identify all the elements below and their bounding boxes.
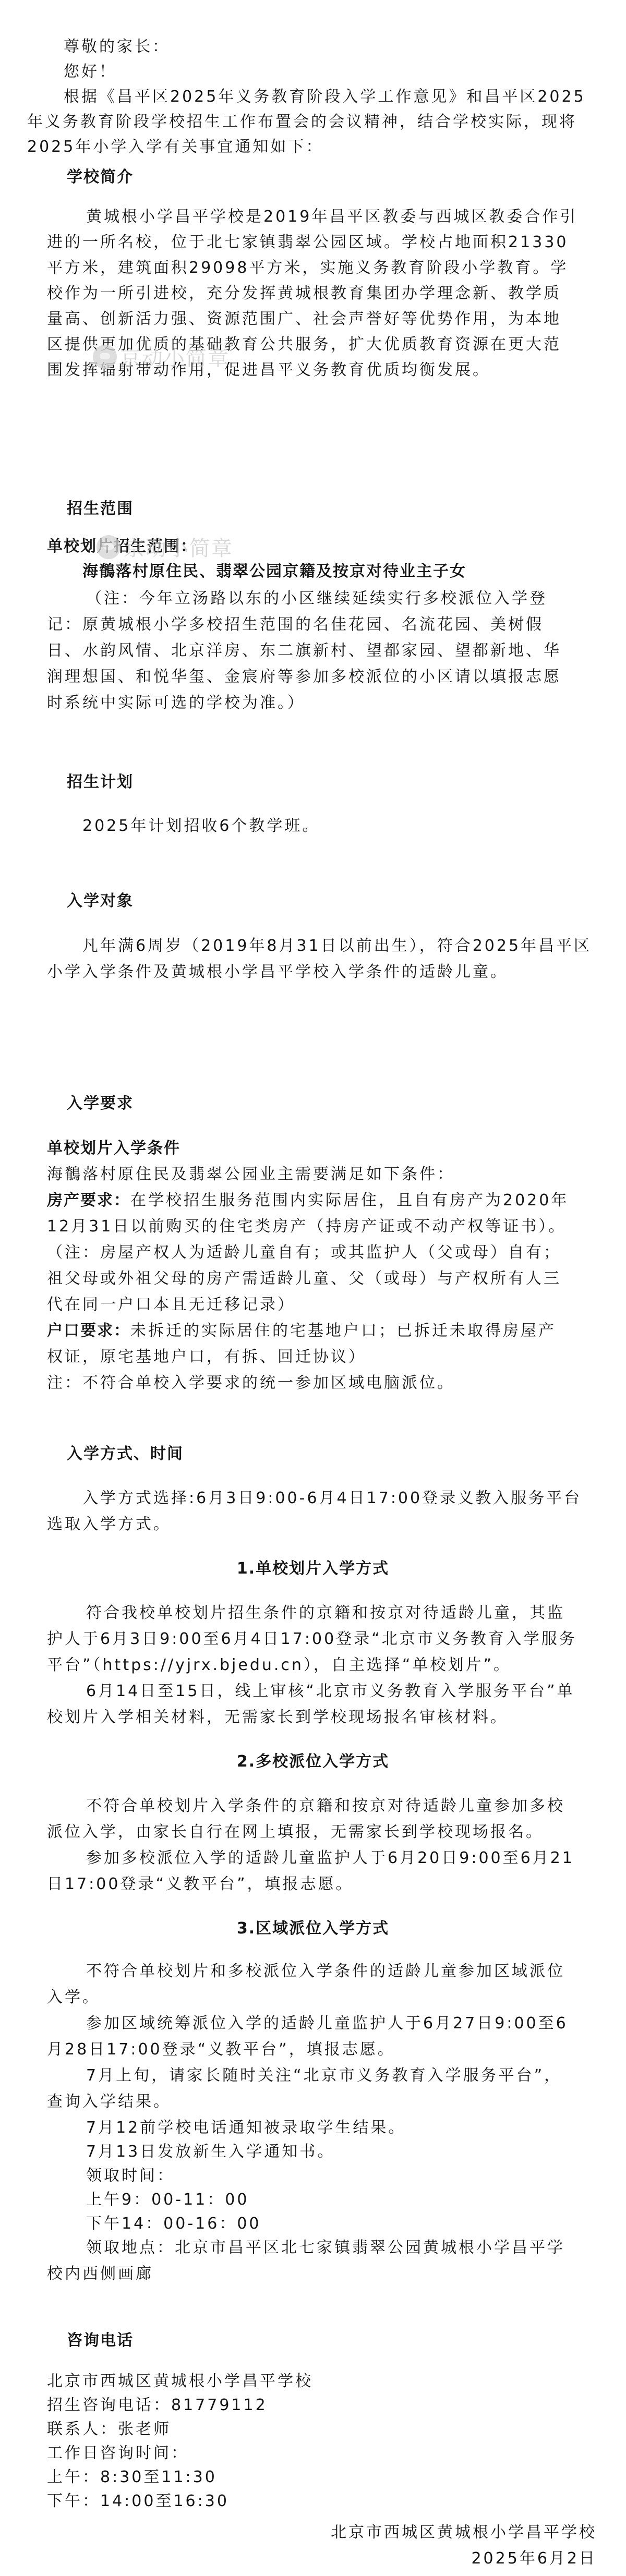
method3-line: 7月12前学校电话通知被录取学生结果。 <box>86 2119 406 2137</box>
method3-line: 月28日17:00登录“义教平台”，填报志愿。 <box>47 2040 395 2059</box>
method3-line: 查询入学结果。 <box>47 2093 171 2111</box>
scope-subheading: 单校划片招生范围： <box>47 537 197 556</box>
hukou-text: 未拆迁的实际居住的宅基地户口；已拆迁未取得房屋产 <box>130 1322 556 1340</box>
pickup-location: 校内西侧画廊 <box>47 2265 153 2283</box>
property-requirement-line: 祖父母或外祖父母的房产需适龄儿童、父（或母）与产权所有人三 <box>47 1269 561 1288</box>
section-heading-school-intro: 学校简介 <box>67 168 134 187</box>
hukou-requirement-line: 户口要求：未拆迁的实际居住的宅基地户口；已拆迁未取得房屋产 <box>47 1322 556 1340</box>
requirements-note: 注：不符合单校入学要求的统一参加区域电脑派位。 <box>47 1374 455 1393</box>
signature-date: 2025年6月2日 <box>471 2549 597 2568</box>
hello-line: 您好！ <box>64 63 117 81</box>
contact-hours-afternoon: 下午：14:00至16:30 <box>47 2492 229 2511</box>
intro-line: 年义务教育阶段学校招生工作布置会的会议精神，结合学校实际，现将 <box>27 113 577 131</box>
intro-line: 2025年小学入学有关事宜通知如下： <box>27 138 323 156</box>
method1-line: 6月14日至15日，线上审核“北京市义务教育入学服务平台”单 <box>86 1682 575 1701</box>
signature-organization: 北京市西城区黄城根小学昌平学校 <box>331 2523 597 2542</box>
section-heading-eligible-children: 入学对象 <box>67 892 134 911</box>
contact-line: 北京市西城区黄城根小学昌平学校 <box>47 2372 313 2391</box>
intro-line: 根据《昌平区2025年义务教育阶段入学工作意见》和昌平区2025 <box>64 88 586 106</box>
method2-line: 日17:00登录“义教平台”，填报志愿。 <box>47 1875 354 1894</box>
section-heading-enrollment-plan: 招生计划 <box>67 773 134 792</box>
school-intro-line: 校作为一所引进校，充分发挥黄城根教育集团办学理念新、教学质 <box>47 284 561 303</box>
eligible-line: 凡年满6周岁（2019年8月31日以前出生），符合2025年昌平区 <box>82 937 592 956</box>
hukou-requirement-line: 权证，原宅基地户口，有拆、回迁协议） <box>47 1348 366 1366</box>
scope-note-line: （注：今年立汤路以东的小区继续延续实行多校派位入学登 <box>86 589 547 608</box>
property-label: 房产要求： <box>47 1191 130 1210</box>
property-requirement-line: 12月31日以前购买的住宅类房产（持房产证或不动产权等证书）。 <box>47 1217 566 1236</box>
contact-hours-morning: 上午：8:30至11:30 <box>47 2468 217 2487</box>
method2-line: 不符合单校划片入学条件的京籍和按京对待适龄儿童参加多校 <box>86 1797 565 1816</box>
method1-url-line[interactable]: 平台”（https://yjrx.bjedu.cn），自主选择“单校划片”。 <box>47 1656 511 1675</box>
section-heading-enrollment-scope: 招生范围 <box>67 500 134 518</box>
contact-phone[interactable]: 招生咨询电话：81779112 <box>47 2396 268 2415</box>
pickup-time-afternoon: 下午14：00-16：00 <box>86 2215 261 2233</box>
method3-line: 参加区域统筹派位入学的适龄儿童监护人于6月27日9:00至6 <box>86 2014 568 2033</box>
method3-line: 不符合单校划片和多校派位入学条件的适龄儿童参加区域派位 <box>86 1962 565 1981</box>
school-intro-line: 进的一所名校，位于北七家镇翡翠公园区域。学校占地面积21330 <box>47 233 568 252</box>
school-intro-line: 区提供更加优质的基础教育公共服务，扩大优质教育资源在更大范 <box>47 335 561 354</box>
method2-line: 派位入学，由家长自行在网上填报，无需家长到学校现场报名。 <box>47 1823 544 1842</box>
method1-line: 护人于6月3日9:00至6月4日17:00登录“北京市义务教育入学服务 <box>47 1630 577 1649</box>
property-requirement-line: 代在同一户口本且无迁移记录） <box>47 1296 295 1314</box>
method2-title: 2.多校派位入学方式 <box>0 1752 626 1771</box>
pickup-location: 领取地点：北京市昌平区北七家镇翡翠公园黄城根小学昌平学 <box>86 2239 565 2257</box>
scope-note-line: 时系统中实际可选的学校为准。） <box>47 694 305 712</box>
property-requirement-line: （注：房屋产权人为适龄儿童自有；或其监护人（父或母）自有； <box>47 1243 561 1262</box>
scope-note-line: 记：原黄城根小学多校招生范围的名佳花园、名流花园、美树假 <box>47 615 544 634</box>
method3-title: 3.区域派位入学方式 <box>0 1919 626 1938</box>
enrollment-plan-text: 2025年计划招收6个教学班。 <box>82 817 320 836</box>
method1-line: 校划片入学相关材料，无需家长到学校现场报名审核材料。 <box>47 1708 508 1727</box>
eligible-line: 小学入学条件及黄城根小学昌平学校入学条件的适龄儿童。 <box>47 963 508 982</box>
school-intro-line: 量高、创新活力强、资源范围广、社会声誉好等优势作用，为本地 <box>47 310 561 329</box>
salutation: 尊敬的家长： <box>64 38 170 56</box>
hukou-label: 户口要求： <box>47 1322 130 1340</box>
section-heading-contact: 咨询电话 <box>67 2331 134 2350</box>
section-heading-requirements: 入学要求 <box>67 1094 134 1113</box>
school-intro-line: 黄城根小学昌平学校是2019年昌平区教委与西城区教委合作引 <box>86 208 577 226</box>
method1-title: 1.单校划片入学方式 <box>0 1559 626 1578</box>
requirements-intro: 海鶺落村原住民及翡翠公园业主需要满足如下条件： <box>47 1165 455 1184</box>
property-text: 在学校招生服务范围内实际居住，且自有房产为2020年 <box>130 1191 569 1210</box>
pickup-time-morning: 上午9：00-11：00 <box>86 2191 249 2209</box>
pickup-time-label: 领取时间： <box>86 2167 175 2185</box>
method3-line: 7月上旬，请家长随时关注“北京市义务教育入学服务平台”， <box>86 2066 562 2085</box>
method3-line: 7月13日发放新生入学通知书。 <box>86 2143 335 2161</box>
requirements-subheading: 单校划片入学条件 <box>47 1139 180 1158</box>
method1-line: 符合我校单校划片招生条件的京籍和按京对待适龄儿童，其监 <box>86 1604 565 1623</box>
school-intro-line: 围发挥辐射带动作用，促进昌平义务教育优质均衡发展。 <box>47 361 490 380</box>
contact-person: 联系人：张老师 <box>47 2420 171 2439</box>
school-intro-line: 平方米，建筑面积29098平方米，实施义务教育阶段小学教育。学 <box>47 259 568 277</box>
method2-line: 参加多校派位入学的适龄儿童监护人于6月20日9:00至6月21 <box>86 1849 574 1868</box>
scope-target: 海鶺落村原住民、翡翠公园京籍及按京对待业主子女 <box>82 562 466 581</box>
selection-line: 选取入学方式。 <box>47 1515 171 1534</box>
method3-line: 入学。 <box>47 1988 100 2007</box>
scope-note-line: 润理想国、和悦华玺、金宸府等参加多校派位的小区请以填报志愿 <box>47 668 561 686</box>
contact-hours-label: 工作日咨询时间： <box>47 2444 189 2463</box>
scope-note-line: 日、水韵风情、北京洋房、东二旗新村、望都家园、望都新地、华 <box>47 642 561 660</box>
section-heading-methods: 入学方式、时间 <box>67 1445 184 1464</box>
selection-line: 入学方式选择:6月3日9:00-6月4日17:00登录义教入服务平台 <box>82 1489 582 1508</box>
property-requirement-line: 房产要求：在学校招生服务范围内实际居住，且自有房产为2020年 <box>47 1191 569 1210</box>
